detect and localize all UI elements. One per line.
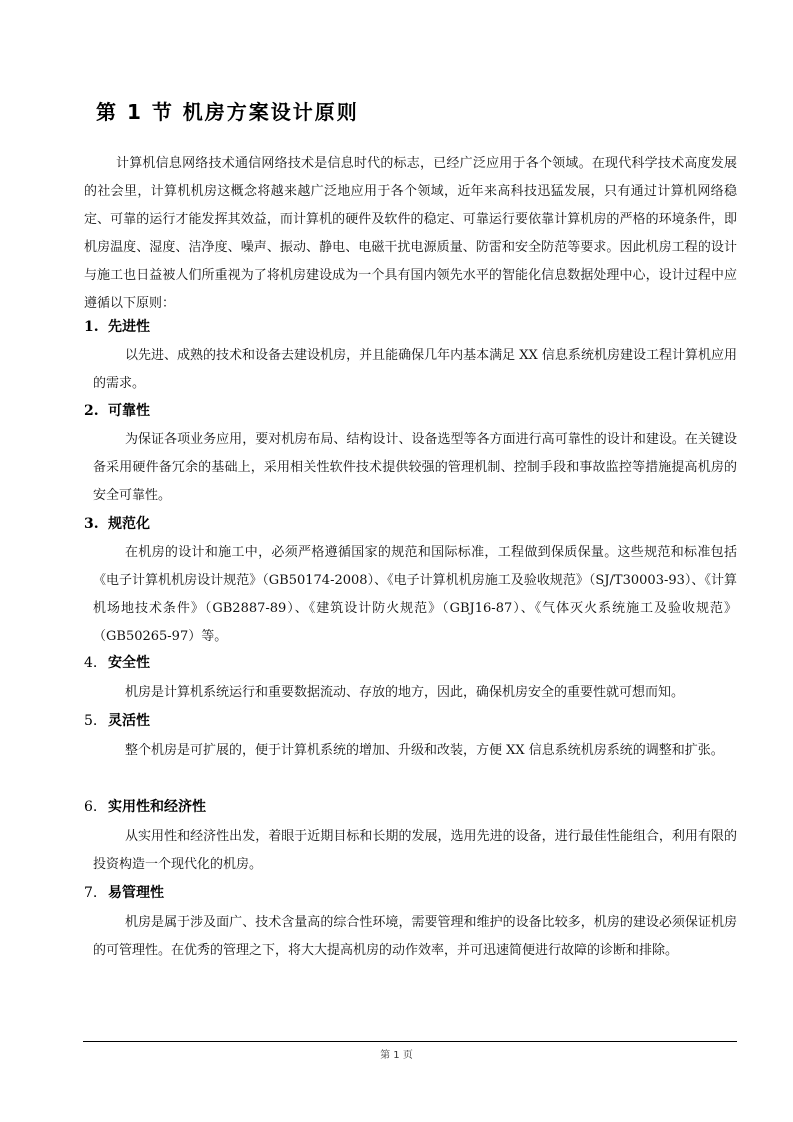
principle-heading-6: 6.实用性和经济性 <box>84 797 206 817</box>
principle-body-1: 以先进、成熟的技术和设备去建设机房，并且能确保几年内基本满足 XX 信息系统机房… <box>93 342 737 398</box>
principle-number: 2. <box>84 401 108 421</box>
principle-number: 4. <box>84 653 108 673</box>
principle-number: 3. <box>84 514 108 534</box>
principle-heading-3: 3.规范化 <box>84 514 150 534</box>
principle-title: 可靠性 <box>108 403 150 419</box>
page-number: 第 1 页 <box>0 1046 793 1061</box>
principle-body-4: 机房是计算机系统运行和重要数据流动、存放的地方，因此，确保机房安全的重要性就可想… <box>93 679 737 707</box>
section-title: 第 1 节 机房方案设计原则 <box>96 96 359 125</box>
principle-title: 易管理性 <box>108 885 164 901</box>
principle-body-5: 整个机房是可扩展的，便于计算机系统的增加、升级和改装，方便 XX 信息系统机房系… <box>93 737 737 765</box>
principle-heading-5: 5.灵活性 <box>84 711 150 731</box>
principle-heading-7: 7.易管理性 <box>84 883 164 903</box>
principle-title: 实用性和经济性 <box>108 799 206 815</box>
intro-paragraph: 计算机信息网络技术通信网络技术是信息时代的标志，已经广泛应用于各个领域。在现代科… <box>84 150 737 318</box>
document-page: 第 1 节 机房方案设计原则 计算机信息网络技术通信网络技术是信息时代的标志，已… <box>0 0 793 1122</box>
principle-heading-4: 4.安全性 <box>84 653 150 673</box>
principle-number: 5. <box>84 711 108 731</box>
principle-number: 1. <box>84 317 108 337</box>
principle-body-3: 在机房的设计和施工中，必须严格遵循国家的规范和国际标准，工程做到保质保量。这些规… <box>93 539 737 651</box>
principle-title: 灵活性 <box>108 713 150 729</box>
principle-heading-2: 2.可靠性 <box>84 401 150 421</box>
principle-body-7: 机房是属于涉及面广、技术含量高的综合性环境，需要管理和维护的设备比较多，机房的建… <box>93 909 737 965</box>
principle-body-6: 从实用性和经济性出发，着眼于近期目标和长期的发展，选用先进的设备，进行最佳性能组… <box>93 823 737 879</box>
principle-body-2: 为保证各项业务应用，要对机房布局、结构设计、设备选型等各方面进行高可靠性的设计和… <box>93 426 737 510</box>
principle-title: 规范化 <box>108 516 150 532</box>
principle-number: 6. <box>84 797 108 817</box>
principle-title: 安全性 <box>108 655 150 671</box>
footer-divider <box>83 1041 737 1042</box>
principle-number: 7. <box>84 883 108 903</box>
principle-title: 先进性 <box>108 319 150 335</box>
principle-heading-1: 1.先进性 <box>84 317 150 337</box>
